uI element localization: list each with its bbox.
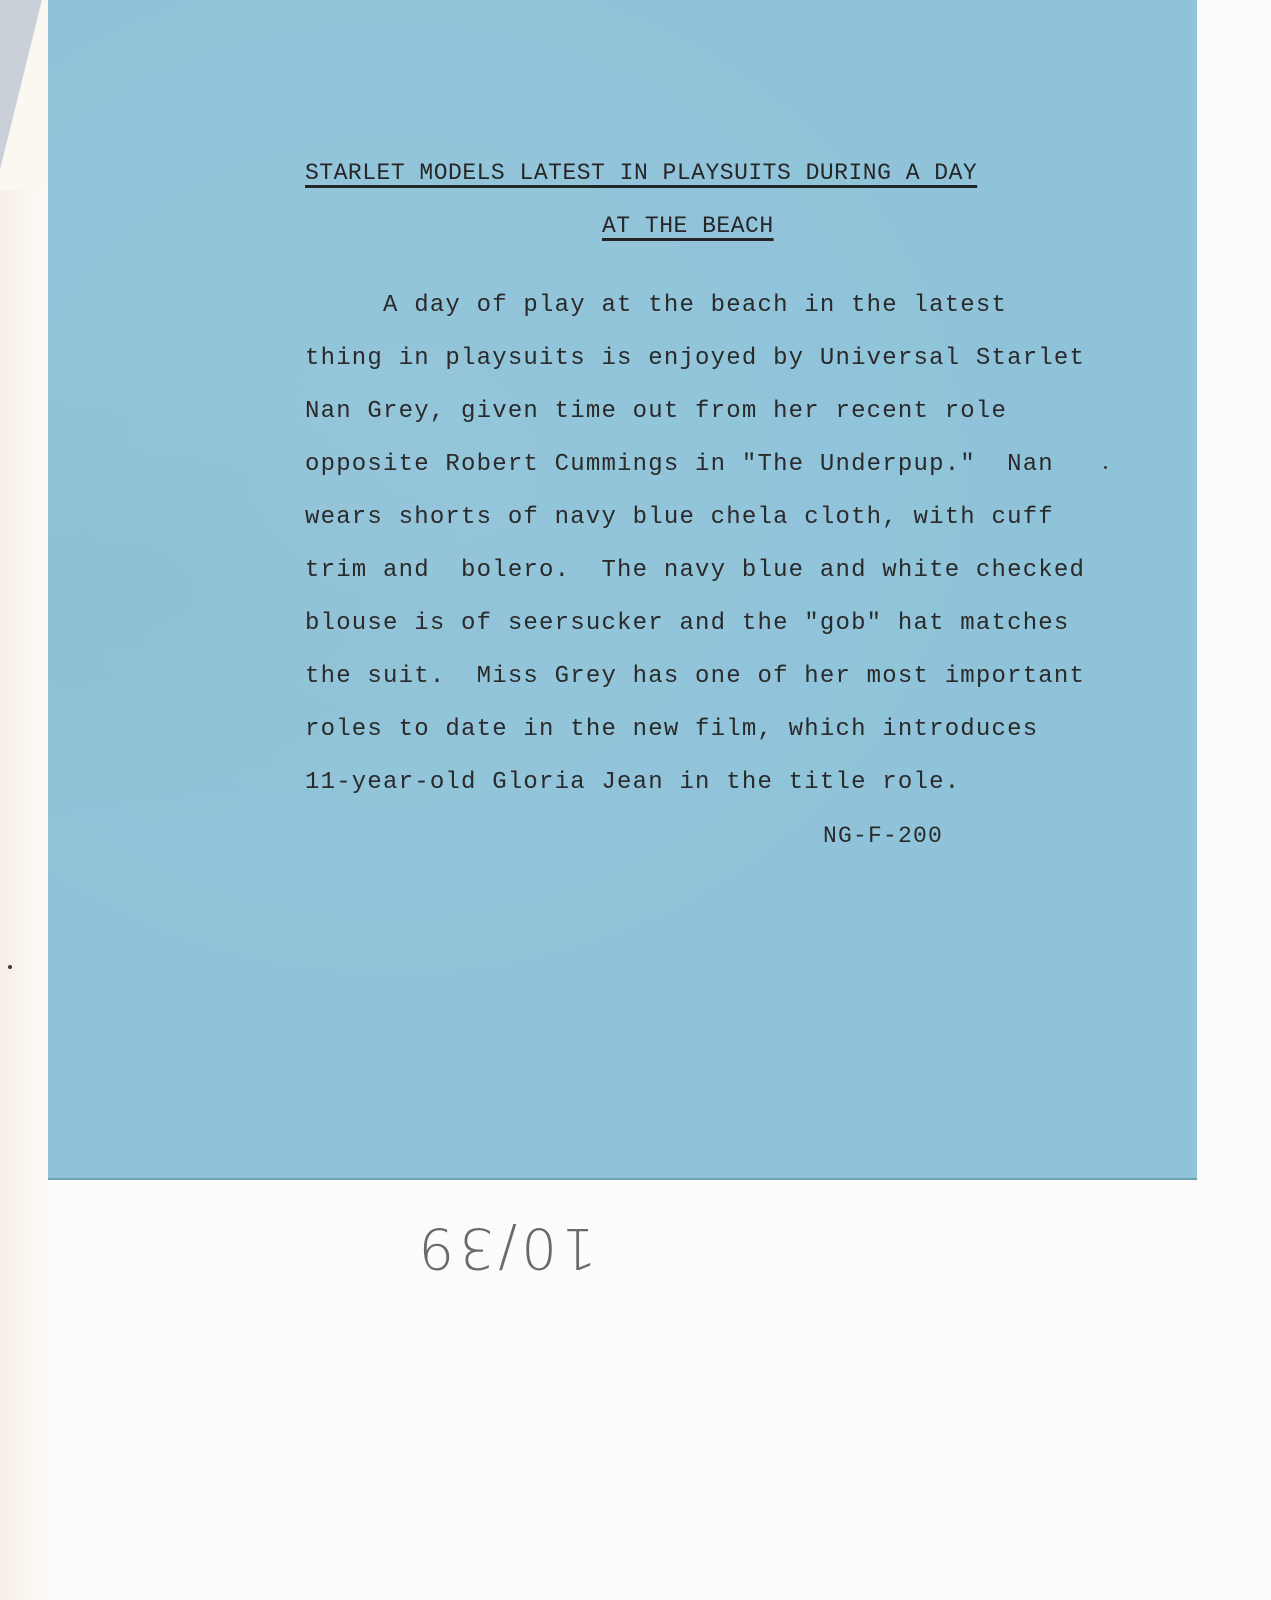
handwritten-date-note: 10/39 xyxy=(415,1215,596,1280)
reference-code: NG-F-200 xyxy=(823,823,943,849)
body-line: thing in playsuits is enjoyed by Univers… xyxy=(305,345,1085,372)
ink-speck xyxy=(1104,466,1107,469)
body-line: roles to date in the new film, which int… xyxy=(305,716,1038,743)
headline-line-2: AT THE BEACH xyxy=(602,213,774,239)
headline-line-1: STARLET MODELS LATEST IN PLAYSUITS DURIN… xyxy=(305,160,977,186)
body-line: opposite Robert Cummings in "The Underpu… xyxy=(305,451,1054,478)
body-line: wears shorts of navy blue chela cloth, w… xyxy=(305,504,1054,531)
body-line: A day of play at the beach in the latest xyxy=(305,292,1007,319)
body-line: trim and bolero. The navy blue and white… xyxy=(305,557,1085,584)
backing-paper-left-edge xyxy=(0,190,48,1600)
body-line: Nan Grey, given time out from her recent… xyxy=(305,398,1007,425)
ink-speck xyxy=(8,965,12,969)
body-line: the suit. Miss Grey has one of her most … xyxy=(305,663,1085,690)
body-line: 11-year-old Gloria Jean in the title rol… xyxy=(305,769,960,796)
body-line: blouse is of seersucker and the "gob" ha… xyxy=(305,610,1070,637)
